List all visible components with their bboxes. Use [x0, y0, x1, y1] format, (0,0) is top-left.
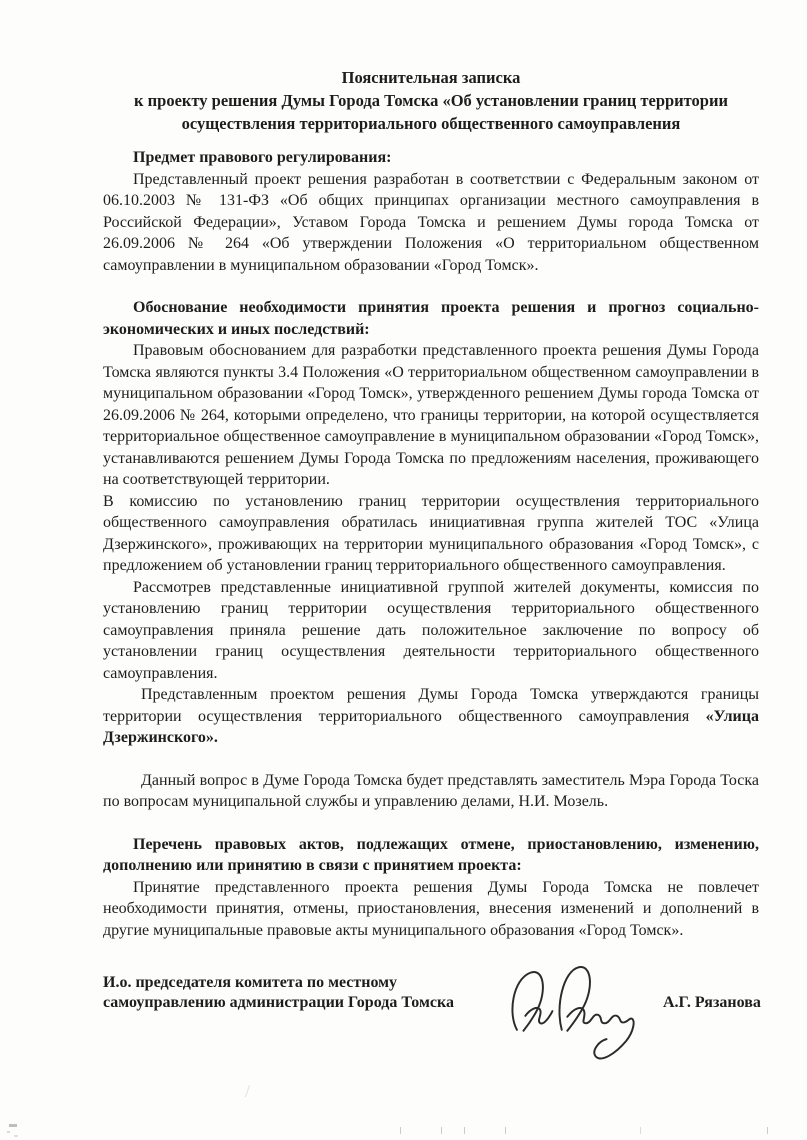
title-line-2: к проекту решения Думы Города Томска «Об…: [103, 89, 759, 112]
scan-smudge: [245, 1085, 260, 1097]
document-content: Пояснительная записка к проекту решения …: [103, 66, 759, 1074]
paragraph-obosnovanie-4: Представленным проектом решения Думы Гор…: [103, 684, 759, 749]
scan-tick: [767, 1127, 768, 1134]
handwritten-signature-icon: [501, 957, 643, 1069]
scan-tick: [464, 1127, 465, 1134]
signature-block: И.о. председателя комитета по местному с…: [103, 973, 759, 1074]
title-line-3: осуществления территориального обществен…: [103, 112, 759, 135]
paragraph-perechen-1: Принятие представленного проекта решения…: [103, 877, 759, 942]
document-body: Предмет правового регулирования: Предста…: [103, 147, 759, 941]
paragraph-predmet-1: Представленный проект решения разработан…: [103, 169, 759, 277]
paragraph-obosnovanie-1: Правовым обоснованием для разработки пре…: [103, 340, 759, 491]
paragraph-obosnovanie-2: В комиссию по установлению границ террит…: [103, 491, 759, 577]
scan-tick: [505, 1127, 506, 1134]
paragraph-obosnovanie-4-text: Представленным проектом решения Думы Гор…: [103, 686, 759, 725]
paragraph-obosnovanie-3: Рассмотрев представленные инициативной г…: [103, 577, 759, 685]
signature-position-line-1: И.о. председателя комитета по местному: [103, 973, 475, 993]
scan-speck: [14, 1135, 18, 1137]
signature-name: А.Г. Рязанова: [663, 994, 761, 1012]
section-heading-predmet: Предмет правового регулирования:: [103, 147, 759, 169]
signature-position: И.о. председателя комитета по местному с…: [103, 973, 475, 1013]
document-title: Пояснительная записка к проекту решения …: [103, 66, 759, 135]
signature-scribble: [501, 957, 643, 1074]
title-line-1: Пояснительная записка: [103, 66, 759, 89]
scan-speck: [7, 1131, 10, 1133]
scan-tick: [640, 1127, 641, 1134]
section-heading-perechen: Перечень правовых актов, подлежащих отме…: [103, 834, 759, 877]
scanned-document-page: Пояснительная записка к проекту решения …: [0, 0, 807, 1140]
signature-position-line-2: самоуправлению администрации Города Томс…: [103, 993, 475, 1013]
section-heading-obosnovanie: Обоснование необходимости принятия проек…: [103, 297, 759, 340]
paragraph-presenter: Данный вопрос в Думе Города Томска будет…: [103, 770, 759, 813]
scan-speck: [9, 1124, 17, 1127]
scan-tick: [441, 1127, 442, 1134]
scan-tick: [400, 1127, 401, 1134]
